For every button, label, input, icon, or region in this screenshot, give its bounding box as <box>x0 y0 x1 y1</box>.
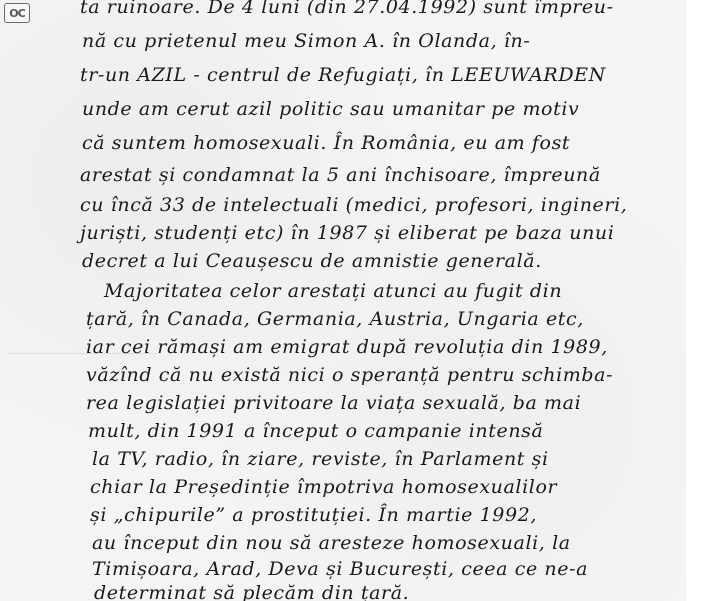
text-line: și „chipurile” a prostituției. În martie… <box>90 504 537 526</box>
text-line: văzînd că nu există nici o speranță pent… <box>86 364 613 386</box>
text-line: tr-un AZIL - centrul de Refugiați, în LE… <box>80 64 606 86</box>
text-line: chiar la Președinție împotriva homosexua… <box>90 476 557 498</box>
text-line: arestat și condamnat la 5 ani închisoare… <box>80 164 601 186</box>
text-line: nă cu prietenul meu Simon A. în Olanda, … <box>82 30 530 52</box>
text-line: unde am cerut azil politic sau umanitar … <box>82 98 579 120</box>
text-line: țară, în Canada, Germania, Austria, Unga… <box>86 308 584 330</box>
text-line: la TV, radio, în ziare, reviste, în Parl… <box>92 448 549 470</box>
text-line: determinat să plecăm din țară. <box>94 582 409 601</box>
text-line: au început din nou să aresteze homosexua… <box>92 532 571 554</box>
text-line: Timișoara, Arad, Deva și București, ceea… <box>92 558 588 580</box>
text-line: rea legislației privitoare la viața sexu… <box>86 392 581 414</box>
text-line: decret a lui Ceaușescu de amnistie gener… <box>82 250 542 272</box>
text-line: mult, din 1991 a început o campanie inte… <box>88 420 543 442</box>
text-line: că suntem homosexuali. În România, eu am… <box>82 132 570 154</box>
scanned-page: OC ta ruinoare. De 4 luni (din 27.04.199… <box>0 0 686 601</box>
text-line: iar cei rămași am emigrat după revoluția… <box>86 336 608 358</box>
text-line: ta ruinoare. De 4 luni (din 27.04.1992) … <box>80 0 614 18</box>
oc-icon[interactable]: OC <box>4 3 30 23</box>
text-line: juriști, studenți etc) în 1987 și eliber… <box>80 222 614 244</box>
text-line: cu încă 33 de intelectuali (medici, prof… <box>80 194 627 216</box>
text-line: Majoritatea celor arestați atunci au fug… <box>104 280 562 302</box>
